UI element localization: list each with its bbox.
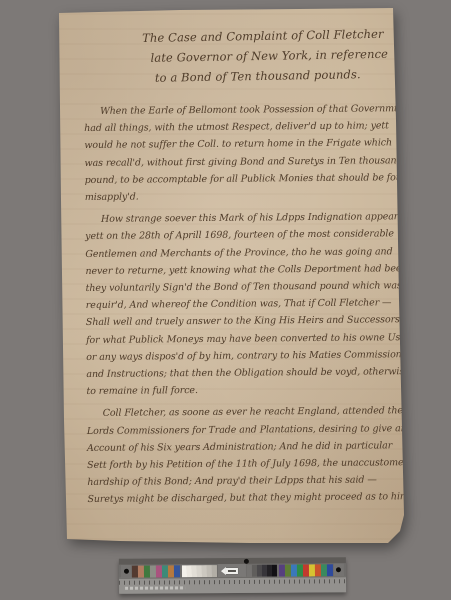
paragraph-3: Coll Fletcher, as soone as ever he reach… — [87, 403, 410, 509]
color-calibration-target — [119, 557, 346, 594]
target-left-end — [121, 565, 131, 578]
manuscript-page: The Case and Complaint of Coll Fletcher … — [0, 0, 451, 600]
paragraph-2: How strange soever this Mark of his Ldpp… — [85, 208, 409, 400]
document-title: The Case and Complaint of Coll Fletcher … — [142, 23, 433, 88]
manuscript-line: and Instructions; that then the Obligati… — [86, 363, 408, 383]
manuscript-line: misapply'd. — [85, 186, 407, 206]
gray-scale-pointer-icon — [226, 567, 238, 573]
manuscript-page-wrap: The Case and Complaint of Coll Fletcher … — [0, 0, 451, 600]
gray-steps-light — [182, 565, 217, 577]
manuscript-line: pound, to be accomptable for all Publick… — [85, 169, 407, 189]
photo-background: The Case and Complaint of Coll Fletcher … — [0, 0, 451, 600]
target-right-end — [334, 563, 344, 576]
document-body: When the Earle of Bellomont took Possess… — [84, 100, 410, 508]
color-patches-left — [132, 565, 180, 577]
color-patch — [272, 564, 277, 576]
fine-print-illegible — [125, 586, 185, 589]
color-patch — [174, 565, 180, 577]
color-patch — [212, 565, 217, 577]
pointer-zone — [218, 564, 246, 577]
title-line: to a Bond of Ten thousand pounds. — [143, 63, 433, 88]
color-patches-right — [279, 564, 333, 576]
manuscript-line: Suretys might be discharged, but that th… — [87, 489, 409, 509]
ruler-ticks — [119, 576, 346, 594]
gray-steps-dark — [247, 564, 277, 576]
paragraph-1: When the Earle of Bellomont took Possess… — [84, 100, 407, 206]
registration-dot — [336, 567, 341, 572]
color-patch — [327, 564, 333, 576]
registration-dot — [123, 569, 128, 574]
manuscript-line: to remaine in full force. — [86, 380, 408, 400]
